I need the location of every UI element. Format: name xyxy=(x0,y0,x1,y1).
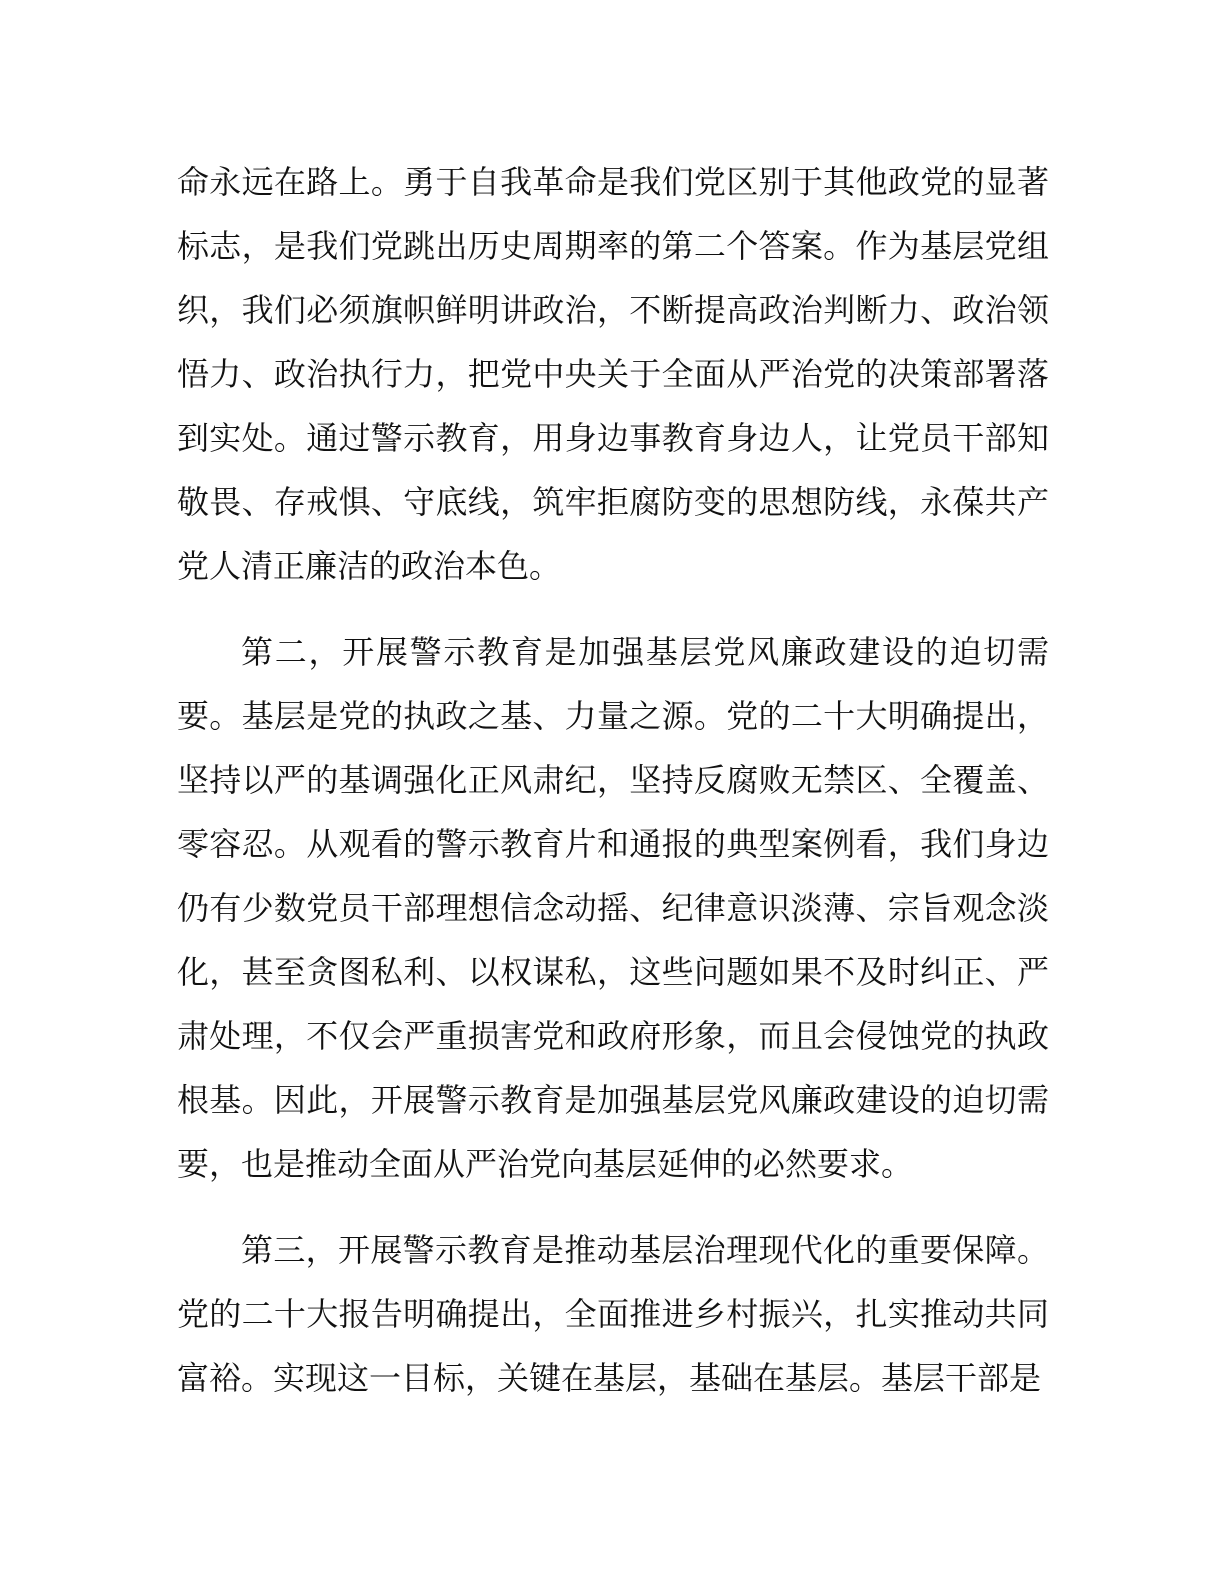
paragraph-third-point: 第三，开展警示教育是推动基层治理现代化的重要保障。党的二十大报告明确提出，全面推… xyxy=(177,1218,1049,1410)
document-page: 命永远在路上。勇于自我革命是我们党区别于其他政党的显著标志，是我们党跳出历史周期… xyxy=(0,0,1224,1584)
paragraph-second-point: 第二，开展警示教育是加强基层党风廉政建设的迫切需要。基层是党的执政之基、力量之源… xyxy=(177,620,1049,1196)
paragraph-continuation: 命永远在路上。勇于自我革命是我们党区别于其他政党的显著标志，是我们党跳出历史周期… xyxy=(177,150,1049,598)
